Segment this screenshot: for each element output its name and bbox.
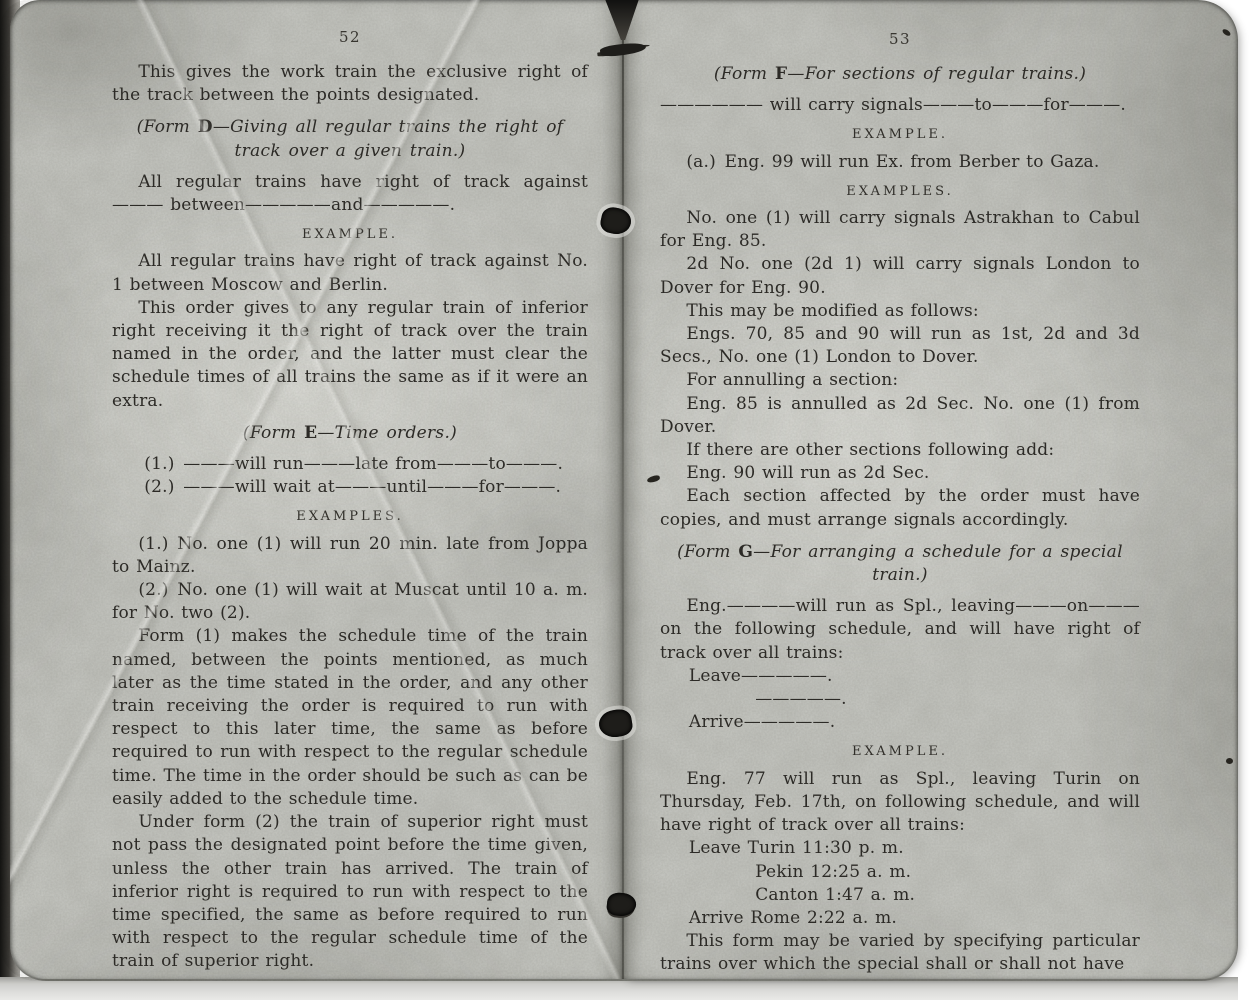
schedule-line: Leave Turin 11:30 p. m. xyxy=(660,837,1140,860)
paragraph: This may be modified as follows: xyxy=(660,300,1140,323)
schedule-line: Arrive—————. xyxy=(660,711,1140,734)
paragraph: (2.) No. one (1) will wait at Muscat unt… xyxy=(112,579,588,625)
form-heading: (Form D—Giving all regular trains the ri… xyxy=(112,116,588,162)
paragraph: This order gives to any regular train of… xyxy=(112,297,588,413)
section-heading: EXAMPLES. xyxy=(660,180,1140,203)
paragraph: Eng. 90 will run as 2d Sec. xyxy=(660,462,1140,485)
schedule-line: Pekin 12:25 a. m. xyxy=(660,861,1140,884)
form-heading: (Form G—For arranging a schedule for a s… xyxy=(660,541,1140,587)
schedule-line: —————. xyxy=(660,688,1140,711)
paragraph: This gives the work train the exclusive … xyxy=(112,61,588,107)
paragraph: Engs. 70, 85 and 90 will run as 1st, 2d … xyxy=(660,323,1140,369)
paragraph: Under form (2) the train of superior rig… xyxy=(112,811,588,973)
paragraph: Eng. 77 will run as Spl., leaving Turin … xyxy=(660,768,1140,838)
right-page-text: (Form F—For sections of regular trains.)… xyxy=(660,63,1140,977)
open-book: 52 This gives the work train the exclusi… xyxy=(0,0,1238,984)
paragraph: Eng.————will run as Spl., leaving———on——… xyxy=(660,595,1140,665)
left-page: 52 This gives the work train the exclusi… xyxy=(10,0,622,981)
section-heading: EXAMPLES. xyxy=(112,505,588,528)
schedule-line: Leave—————. xyxy=(660,665,1140,688)
left-page-text: This gives the work train the exclusive … xyxy=(112,61,588,974)
page-number: 53 xyxy=(660,30,1140,48)
section-heading: EXAMPLE. xyxy=(660,740,1140,763)
paragraph: For annulling a section: xyxy=(660,369,1140,392)
paragraph: (1.) No. one (1) will run 20 min. late f… xyxy=(112,533,588,579)
paragraph: Eng. 85 is annulled as 2d Sec. No. one (… xyxy=(660,393,1140,439)
section-heading: EXAMPLE. xyxy=(112,223,588,246)
page-number: 52 xyxy=(112,28,588,46)
right-page: 53 (Form F—For sections of regular train… xyxy=(622,0,1238,981)
form-blank-line: —————— will carry signals———to———for———. xyxy=(660,94,1140,117)
paragraph: This form may be varied by specifying pa… xyxy=(660,930,1140,976)
paragraph: 2d No. one (2d 1) will carry signals Lon… xyxy=(660,253,1140,299)
section-heading: EXAMPLE. xyxy=(660,123,1140,146)
paragraph: (a.) Eng. 99 will run Ex. from Berber to… xyxy=(660,151,1140,174)
paragraph: No. one (1) will carry signals Astrakhan… xyxy=(660,207,1140,253)
form-blank-line: (1.) ———will run———late from———to———. xyxy=(112,453,588,476)
paragraph: All regular trains have right of track a… xyxy=(112,250,588,296)
left-page-content: 52 This gives the work train the exclusi… xyxy=(10,0,622,979)
right-page-content: 53 (Form F—For sections of regular train… xyxy=(622,0,1238,979)
form-heading: (Form F—For sections of regular trains.) xyxy=(660,63,1140,86)
schedule-line: Arrive Rome 2:22 a. m. xyxy=(660,907,1140,930)
schedule-line: Canton 1:47 a. m. xyxy=(660,884,1140,907)
form-blank-line: (2.) ———will wait at———until———for———. xyxy=(112,476,588,499)
paragraph: If there are other sections following ad… xyxy=(660,439,1140,462)
paragraph: All regular trains have right of track a… xyxy=(112,171,588,217)
book-scan: 52 This gives the work train the exclusi… xyxy=(0,0,1250,1000)
paragraph: Form (1) makes the schedule time of the … xyxy=(112,625,588,811)
form-heading: (Form E—Time orders.) xyxy=(112,422,588,445)
paragraph: Each section affected by the order must … xyxy=(660,485,1140,531)
